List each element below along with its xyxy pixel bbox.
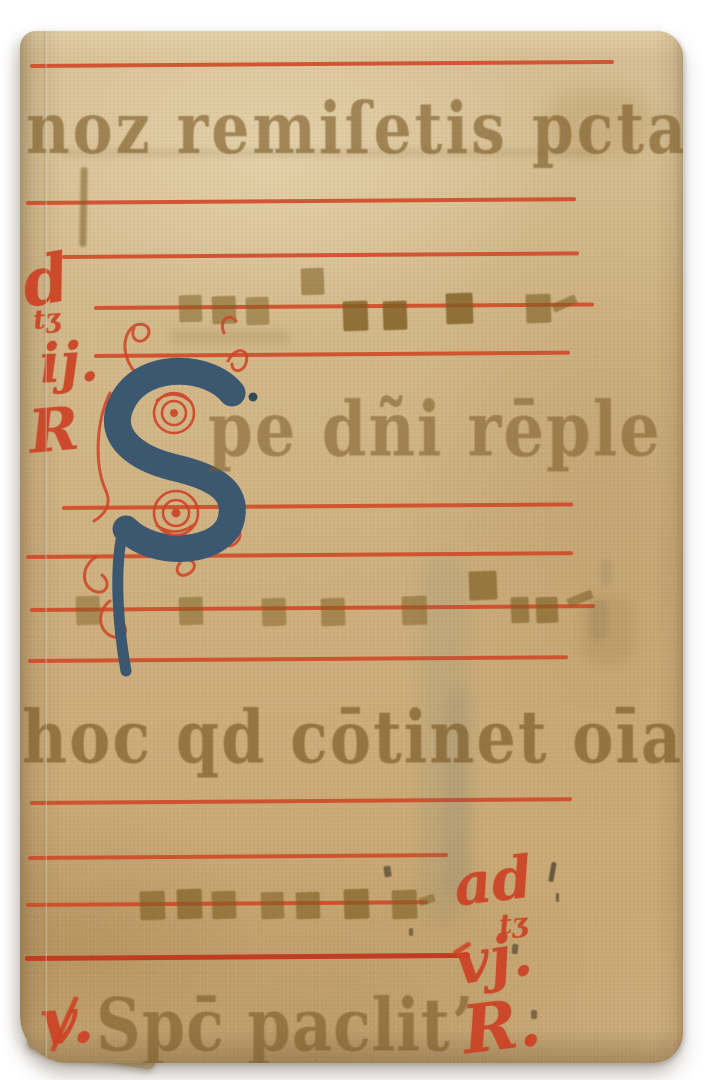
ink-speck-1 [548, 862, 556, 883]
neume-square [402, 596, 428, 626]
staff-line-11 [28, 853, 448, 860]
staff-line-13 [25, 953, 470, 961]
chant-text-2: pe dñi rēple [208, 386, 662, 475]
staff-line-3 [62, 251, 579, 259]
staff-line-2 [26, 197, 576, 205]
margin-left-ij: ij. [38, 329, 100, 396]
chant-text-1: noz remiſetis pcta [26, 88, 683, 171]
neume-square [526, 294, 552, 324]
neume-square [511, 597, 530, 624]
neume-square [321, 598, 346, 627]
neume-square [343, 889, 369, 920]
ink-speck-4 [409, 928, 413, 936]
manuscript-photo: noz remiſetis pctape dñi rēplehoc qd cōt… [0, 0, 705, 1080]
neume-square [301, 268, 325, 296]
neume-square [296, 892, 321, 920]
neume-square [261, 892, 285, 920]
staff-line-10 [30, 797, 572, 805]
ghost-offset-2 [600, 560, 612, 586]
neume-square [392, 890, 418, 920]
spine-crease [44, 31, 47, 1063]
neume-square [469, 571, 498, 601]
staff-line-1 [30, 60, 614, 68]
margin-left-r: R [26, 394, 82, 468]
neume-square [383, 301, 408, 331]
pen-stroke [79, 167, 87, 247]
ghost-offset-1 [590, 600, 608, 640]
neume-square [212, 891, 237, 920]
ink-speck-2 [556, 893, 559, 902]
parchment-book-cover: noz remiſetis pctape dñi rēplehoc qd cōt… [20, 31, 683, 1063]
ink-speck-3 [383, 866, 391, 878]
chant-text-4: Spc̄ paclitʼ [96, 982, 473, 1063]
illuminated-initial-s [78, 313, 260, 685]
neume-pennant [551, 294, 577, 312]
margin-right-r: R. [458, 983, 545, 1063]
neume-square [536, 597, 559, 624]
neume-square [140, 891, 166, 921]
neume-square [176, 889, 202, 920]
neume-square [445, 293, 473, 325]
neume-square [342, 301, 368, 332]
neume-square [262, 598, 287, 627]
chant-text-3: hoc qd cōtinet oīa [22, 694, 683, 780]
